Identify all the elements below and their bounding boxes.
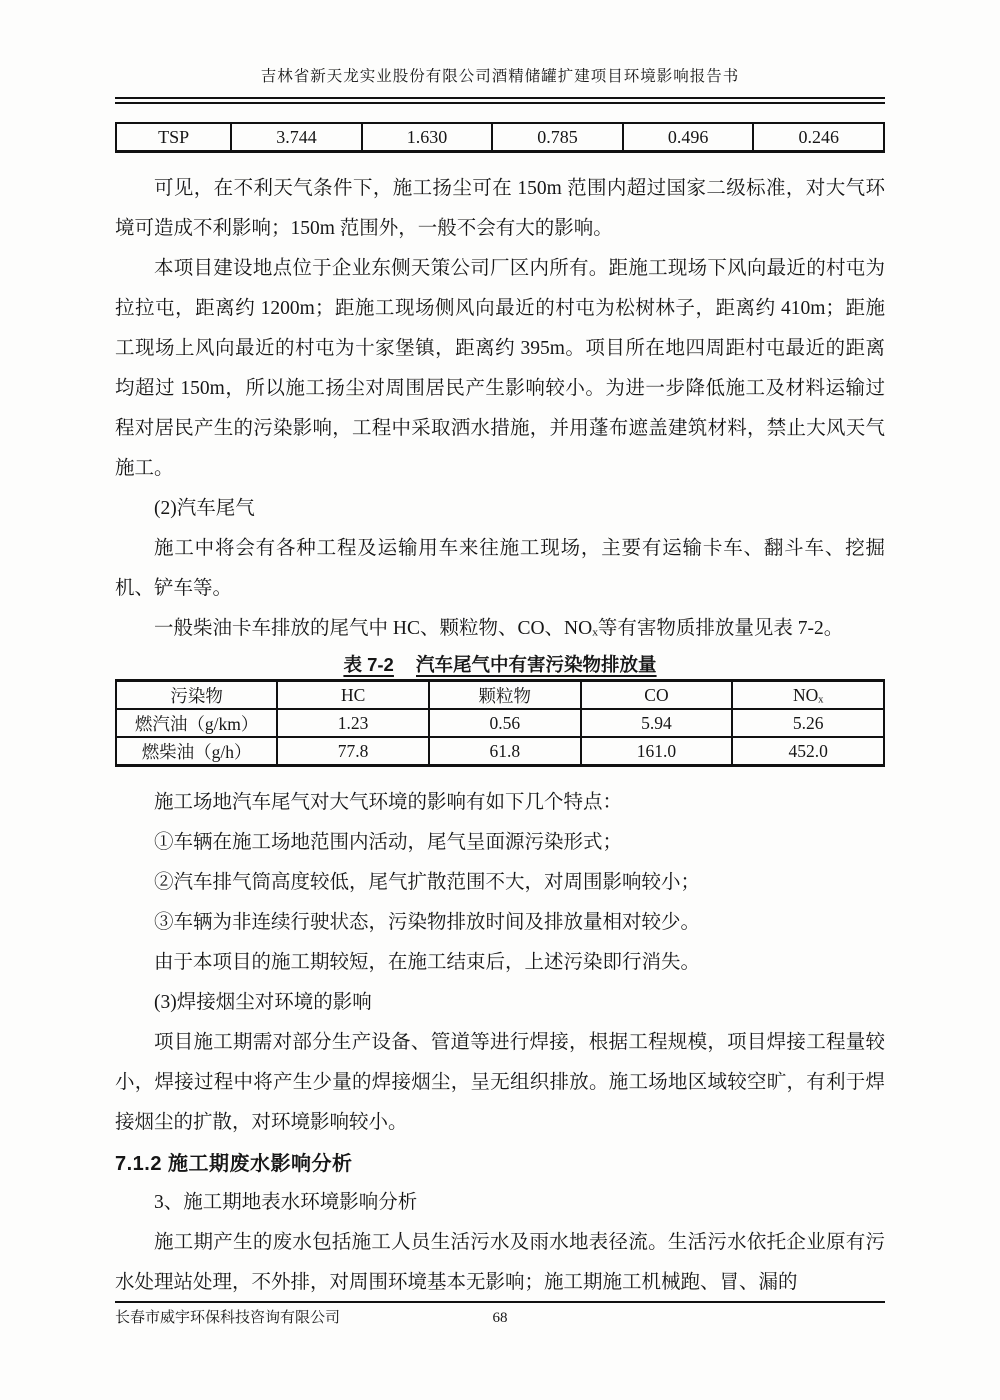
- table-cell: 5.94: [581, 709, 733, 737]
- table-cell: TSP: [116, 123, 231, 152]
- table-cell: 1.630: [362, 123, 493, 152]
- paragraph-diesel-intro: 一般柴油卡车排放的尾气中 HC、颗粒物、CO、NOₓ等有害物质排放量见表 7-2…: [115, 609, 885, 649]
- subheading-vehicle-exhaust: (2)汽车尾气: [115, 489, 885, 529]
- table-cell: 161.0: [581, 737, 733, 766]
- table-header-cell: NOₓ: [732, 681, 884, 710]
- paragraph-short-period: 由于本项目的施工期较短，在施工结束后，上述污染即行消失。: [115, 943, 885, 983]
- paragraph-welding: 项目施工期需对部分生产设备、管道等进行焊接，根据工程规模，项目焊接工程量较小，焊…: [115, 1023, 885, 1143]
- paragraph-wastewater: 施工期产生的废水包括施工人员生活污水及雨水地表径流。生活污水依托企业原有污水处理…: [115, 1223, 885, 1303]
- subheading-surface-water: 3、施工期地表水环境影响分析: [115, 1183, 885, 1223]
- page-footer: 长春市威宇环保科技咨询有限公司 68: [115, 1301, 885, 1330]
- table-cell: 61.8: [429, 737, 581, 766]
- paragraph-vehicles: 施工中将会有各种工程及运输用车来往施工现场，主要有运输卡车、翻斗车、挖掘机、铲车…: [115, 529, 885, 609]
- table-cell: 0.56: [429, 709, 581, 737]
- header-rule: [115, 97, 885, 104]
- footer-page-number: 68: [115, 1306, 885, 1330]
- table72-title: 表 7-2汽车尾气中有害污染物排放量: [115, 651, 885, 679]
- table-cell: 77.8: [277, 737, 429, 766]
- paragraph-site-location: 本项目建设地点位于企业东侧天策公司厂区内所有。距施工现场下风向最近的村屯为拉拉屯…: [115, 249, 885, 489]
- table-cell: 3.744: [231, 123, 362, 152]
- subheading-welding: (3)焊接烟尘对环境的影响: [115, 983, 885, 1023]
- list-item-feature-2: ②汽车排气筒高度较低，尾气扩散范围不大，对周围影响较小；: [115, 863, 885, 903]
- table-header-row: 污染物 HC 颗粒物 CO NOₓ: [116, 681, 884, 710]
- table-header-cell: HC: [277, 681, 429, 710]
- table-row: TSP 3.744 1.630 0.785 0.496 0.246: [116, 123, 884, 152]
- table-cell: 0.246: [753, 123, 884, 152]
- list-item-feature-3: ③车辆为非连续行驶状态，污染物排放时间及排放量相对较少。: [115, 903, 885, 943]
- table-cell: 5.26: [732, 709, 884, 737]
- table-cell: 0.496: [623, 123, 754, 152]
- table-cell: 燃汽油（g/km）: [116, 709, 277, 737]
- table-cell: 0.785: [492, 123, 623, 152]
- table-cell: 燃柴油（g/h）: [116, 737, 277, 766]
- paragraph-dust-conclusion: 可见，在不利天气条件下，施工扬尘可在 150m 范围内超过国家二级标准，对大气环…: [115, 169, 885, 249]
- table-cell: 452.0: [732, 737, 884, 766]
- list-item-feature-1: ①车辆在施工场地范围内活动，尾气呈面源污染形式；: [115, 823, 885, 863]
- footer-row: 长春市威宇环保科技咨询有限公司 68: [115, 1306, 885, 1330]
- table-header-cell: 污染物: [116, 681, 277, 710]
- exhaust-pollutants-table: 污染物 HC 颗粒物 CO NOₓ 燃汽油（g/km） 1.23 0.56 5.…: [115, 679, 885, 767]
- table72-title-text: 汽车尾气中有害污染物排放量: [416, 654, 657, 675]
- table-cell: 1.23: [277, 709, 429, 737]
- document-content: 吉林省新天龙实业股份有限公司酒精储罐扩建项目环境影响报告书 TSP 3.744 …: [115, 0, 885, 1303]
- continuation-table: TSP 3.744 1.630 0.785 0.496 0.246: [115, 122, 885, 153]
- table-header-cell: CO: [581, 681, 733, 710]
- document-page: 吉林省新天龙实业股份有限公司酒精储罐扩建项目环境影响报告书 TSP 3.744 …: [0, 0, 1000, 1400]
- table-row: 燃汽油（g/km） 1.23 0.56 5.94 5.26: [116, 709, 884, 737]
- table-header-cell: 颗粒物: [429, 681, 581, 710]
- table72-title-label: 表 7-2: [343, 654, 393, 675]
- section-heading-712: 7.1.2 施工期废水影响分析: [115, 1145, 885, 1183]
- table-row: 燃柴油（g/h） 77.8 61.8 161.0 452.0: [116, 737, 884, 766]
- paragraph-features-intro: 施工场地汽车尾气对大气环境的影响有如下几个特点：: [115, 783, 885, 823]
- page-header-title: 吉林省新天龙实业股份有限公司酒精储罐扩建项目环境影响报告书: [115, 66, 885, 88]
